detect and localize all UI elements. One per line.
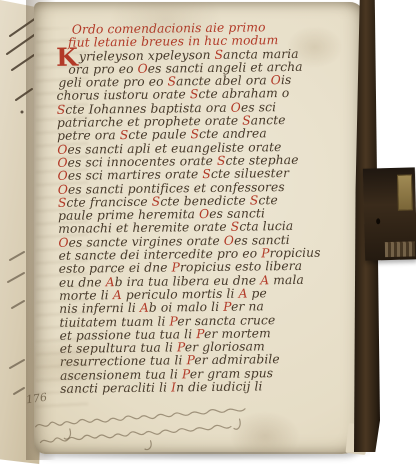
text-segment: O — [58, 169, 68, 183]
text-segment: S — [242, 114, 251, 128]
text-segment: P — [169, 314, 177, 328]
text-segment: O — [57, 142, 67, 156]
text-segment: es sci — [241, 100, 276, 114]
manuscript-page: Ordo comendacionis aie primofiut letanie… — [34, 2, 364, 454]
text-segment: S — [190, 88, 199, 102]
text-segment: S — [215, 47, 224, 61]
text-segment: O — [231, 100, 241, 114]
text-segment: O — [57, 156, 67, 170]
text-segment: A — [106, 275, 115, 289]
book-clasp-strap-icon — [363, 167, 416, 260]
text-segment: ropicius — [270, 246, 321, 261]
clasp-strap-end — [385, 241, 415, 257]
manuscript-text-block: Ordo comendacionis aie primofiut letanie… — [56, 20, 361, 396]
text-segment: S — [58, 196, 67, 210]
text-segment: P — [196, 327, 204, 341]
text-segment: S — [231, 220, 240, 234]
text-segment: S — [57, 103, 66, 117]
text-segment: P — [186, 354, 194, 368]
text-segment: O — [224, 233, 234, 247]
text-segment: A — [113, 288, 122, 302]
text-segment: S — [250, 193, 259, 207]
text-segment: mala — [269, 272, 304, 286]
text-segment: n die iudicij li — [176, 379, 263, 394]
text-segment: P — [261, 246, 270, 260]
text-segment: sancti peracliti li — [60, 380, 171, 395]
text-segment: S — [190, 127, 199, 141]
brass-clasp-fitting-icon — [397, 174, 413, 210]
text-segment: is — [281, 73, 292, 87]
text-segment: pe — [247, 286, 267, 300]
text-segment: O — [58, 182, 68, 196]
inverted-cursive-pen-trials-icon — [29, 403, 301, 457]
text-segment: S — [167, 75, 176, 89]
text-segment: O — [199, 207, 209, 221]
drop-cap-initial: K — [56, 42, 78, 71]
text-segment: S — [217, 154, 226, 168]
text-segment: O — [58, 235, 68, 249]
text-segment: P — [223, 300, 231, 314]
text-segment: ancte — [251, 113, 286, 127]
manuscript-photo: Ordo comendacionis aie primofiut letanie… — [0, 0, 416, 470]
clasp-hole — [376, 218, 380, 224]
manuscript-line: sancti peracliti li In die iudicij li — [60, 379, 360, 396]
text-segment: er na — [231, 300, 264, 314]
book-shadow — [44, 452, 370, 461]
text-segment: A — [140, 301, 149, 315]
text-segment: cte — [258, 193, 278, 207]
text-segment: P — [182, 367, 190, 381]
